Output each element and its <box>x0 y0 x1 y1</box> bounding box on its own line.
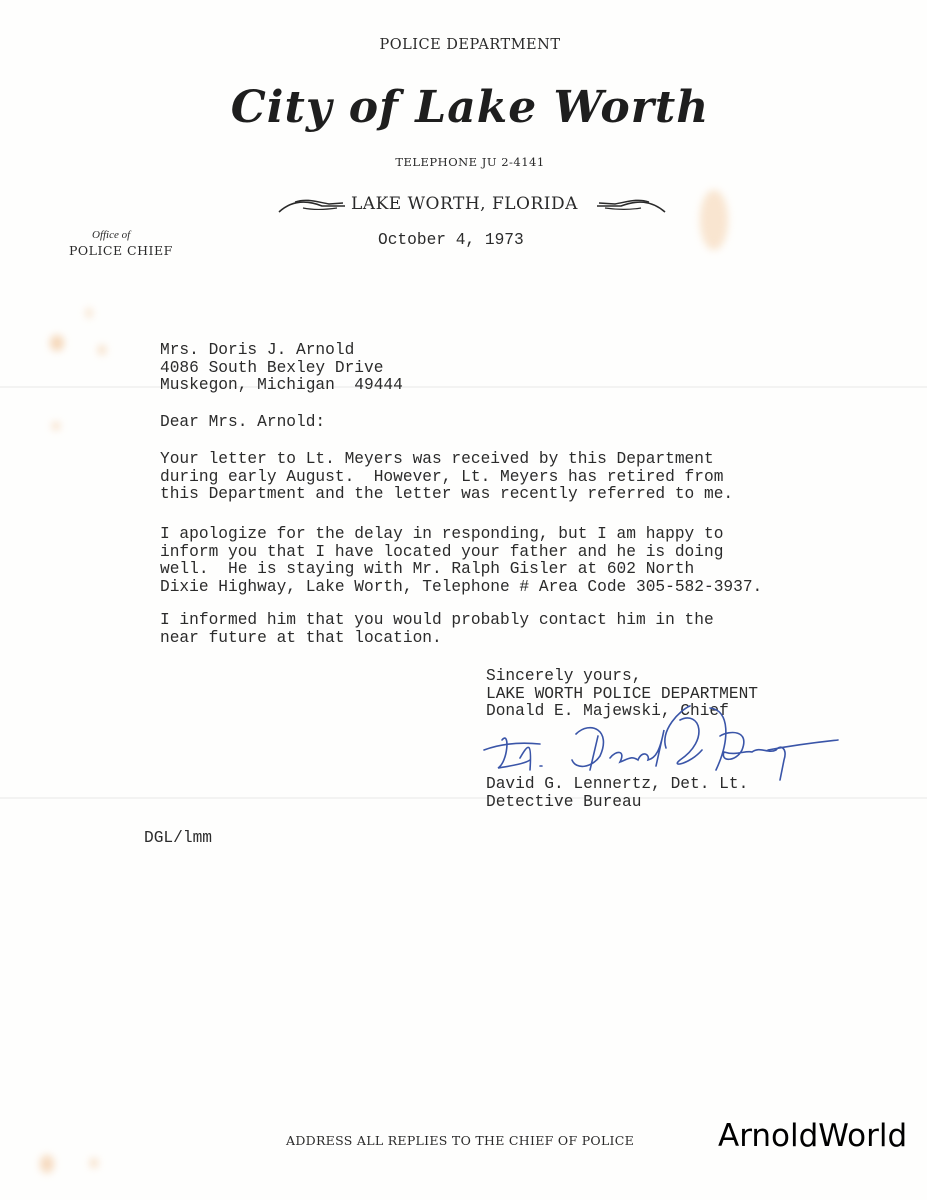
letterhead-location: LAKE WORTH, FLORIDA <box>351 194 578 214</box>
letterhead-location-row: LAKE WORTH, FLORIDA <box>277 192 677 218</box>
left-flourish-icon <box>277 196 347 216</box>
letterhead-telephone: TELEPHONE JU 2-4141 <box>0 155 927 169</box>
letterhead-department: POLICE DEPARTMENT <box>0 37 927 53</box>
letter-page: POLICE DEPARTMENT City of Lake Worth TEL… <box>0 0 927 1200</box>
paper-stain <box>86 308 92 318</box>
signer-block: David G. Lennertz, Det. Lt. Detective Bu… <box>486 776 748 811</box>
paragraph-2: I apologize for the delay in responding,… <box>160 526 762 596</box>
paper-stain <box>90 1158 98 1168</box>
fold-line <box>0 386 927 388</box>
reference-initials: DGL/lmm <box>144 830 212 848</box>
paper-stain <box>52 422 60 430</box>
paper-stain <box>40 1155 54 1173</box>
paragraph-3: I informed him that you would probably c… <box>160 612 714 647</box>
paper-stain <box>700 190 728 250</box>
salutation: Dear Mrs. Arnold: <box>160 414 325 432</box>
letterhead-city-name: City of Lake Worth <box>0 82 927 133</box>
office-title: POLICE CHIEF <box>69 243 173 258</box>
letter-date: October 4, 1973 <box>378 232 524 250</box>
right-flourish-icon <box>595 196 667 216</box>
recipient-address: Mrs. Doris J. Arnold 4086 South Bexley D… <box>160 342 403 395</box>
office-of-label: Office of <box>92 229 130 241</box>
paper-stain <box>50 335 64 351</box>
fold-line <box>0 797 927 799</box>
footer-note: ADDRESS ALL REPLIES TO THE CHIEF OF POLI… <box>286 1133 634 1148</box>
paragraph-1: Your letter to Lt. Meyers was received b… <box>160 451 733 504</box>
paper-stain <box>98 345 106 355</box>
watermark: ArnoldWorld <box>718 1118 907 1154</box>
